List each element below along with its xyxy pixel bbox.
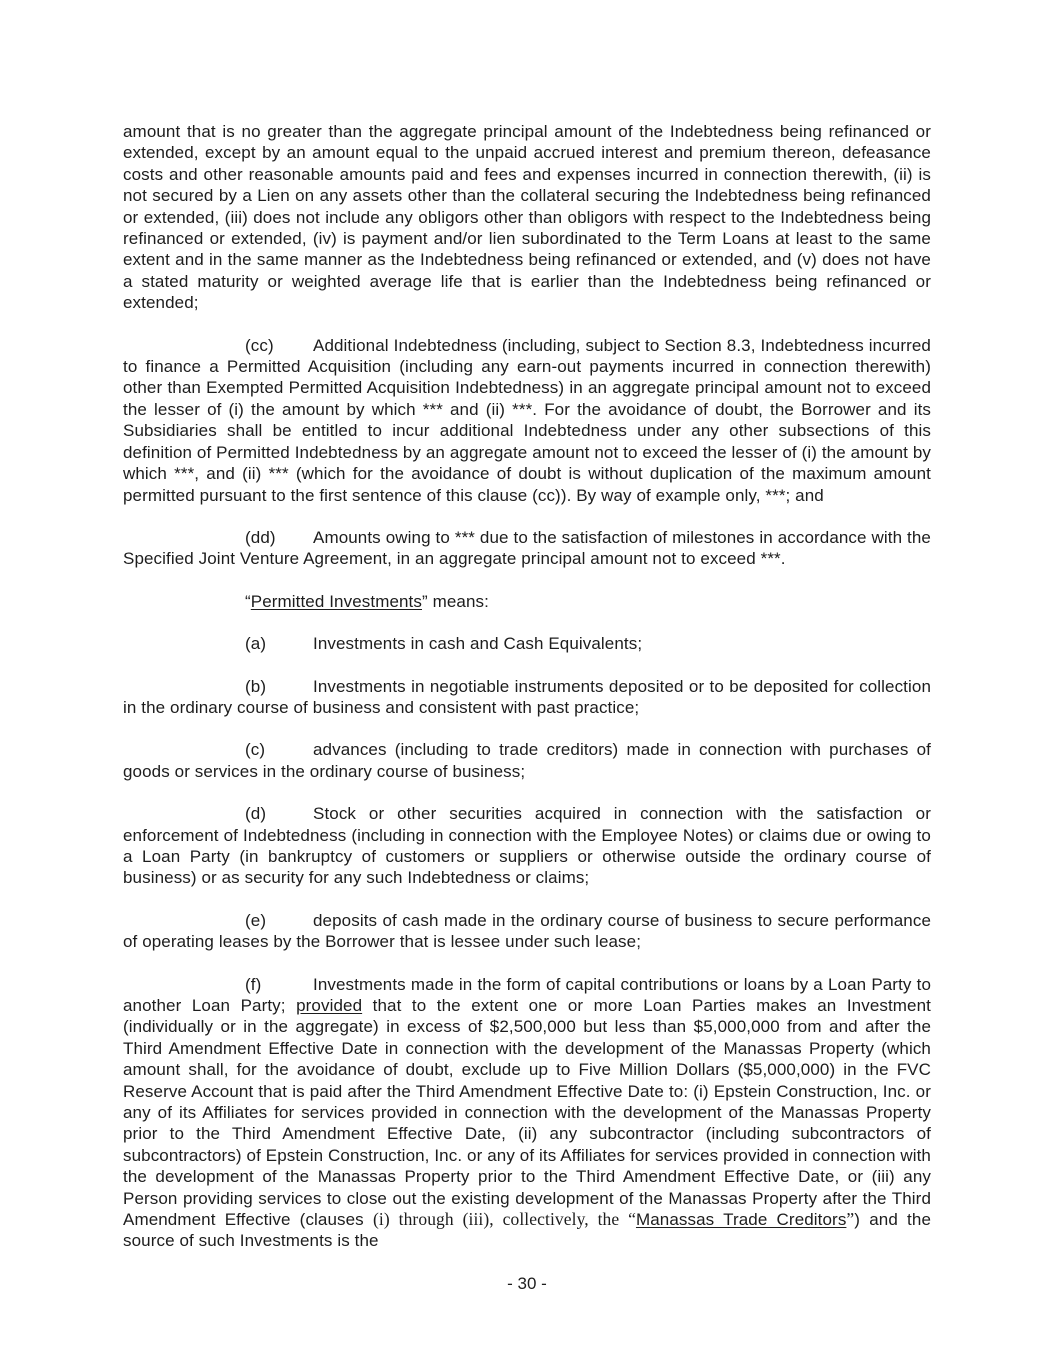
paragraph-c: (c)advances (including to trade creditor… bbox=[123, 739, 931, 782]
paragraph-a: (a)Investments in cash and Cash Equivale… bbox=[123, 633, 931, 654]
clause-label-cc: (cc) bbox=[245, 335, 313, 356]
paragraph-cc: (cc)Additional Indebtedness (including, … bbox=[123, 335, 931, 506]
paragraph-text: that to the extent one or more Loan Part… bbox=[123, 996, 931, 1229]
paragraph-text-serif: (i) through (iii), collectively, the “ bbox=[373, 1209, 636, 1229]
defined-term-manassas-trade-creditors: Manassas Trade Creditors bbox=[636, 1210, 846, 1229]
clause-label-d: (d) bbox=[245, 803, 313, 824]
clause-label-dd: (dd) bbox=[245, 527, 313, 548]
paragraph-dd: (dd)Amounts owing to *** due to the sati… bbox=[123, 527, 931, 570]
document-page: amount that is no greater than the aggre… bbox=[0, 0, 1055, 1365]
paragraph-b: (b)Investments in negotiable instruments… bbox=[123, 676, 931, 719]
underlined-term-provided: provided bbox=[296, 996, 362, 1015]
clause-label-b: (b) bbox=[245, 676, 313, 697]
clause-label-f: (f) bbox=[245, 974, 313, 995]
paragraph-e: (e)deposits of cash made in the ordinary… bbox=[123, 910, 931, 953]
defined-term-permitted-investments: Permitted Investments bbox=[251, 592, 422, 611]
paragraph-text: Investments in cash and Cash Equivalents… bbox=[313, 634, 642, 653]
paragraph-continuation: amount that is no greater than the aggre… bbox=[123, 121, 931, 314]
clause-label-a: (a) bbox=[245, 633, 313, 654]
paragraph-text: ” means: bbox=[422, 592, 489, 611]
clause-label-e: (e) bbox=[245, 910, 313, 931]
document-body: amount that is no greater than the aggre… bbox=[123, 121, 931, 1294]
paragraph-text: Additional Indebtedness (including, subj… bbox=[123, 336, 931, 505]
clause-label-c: (c) bbox=[245, 739, 313, 760]
paragraph-d: (d)Stock or other securities acquired in… bbox=[123, 803, 931, 889]
paragraph-text: amount that is no greater than the aggre… bbox=[123, 122, 931, 312]
paragraph-f: (f)Investments made in the form of capit… bbox=[123, 974, 931, 1252]
paragraph-permitted-investments-definition: “Permitted Investments” means: bbox=[123, 591, 931, 612]
page-number: - 30 - bbox=[123, 1273, 931, 1294]
